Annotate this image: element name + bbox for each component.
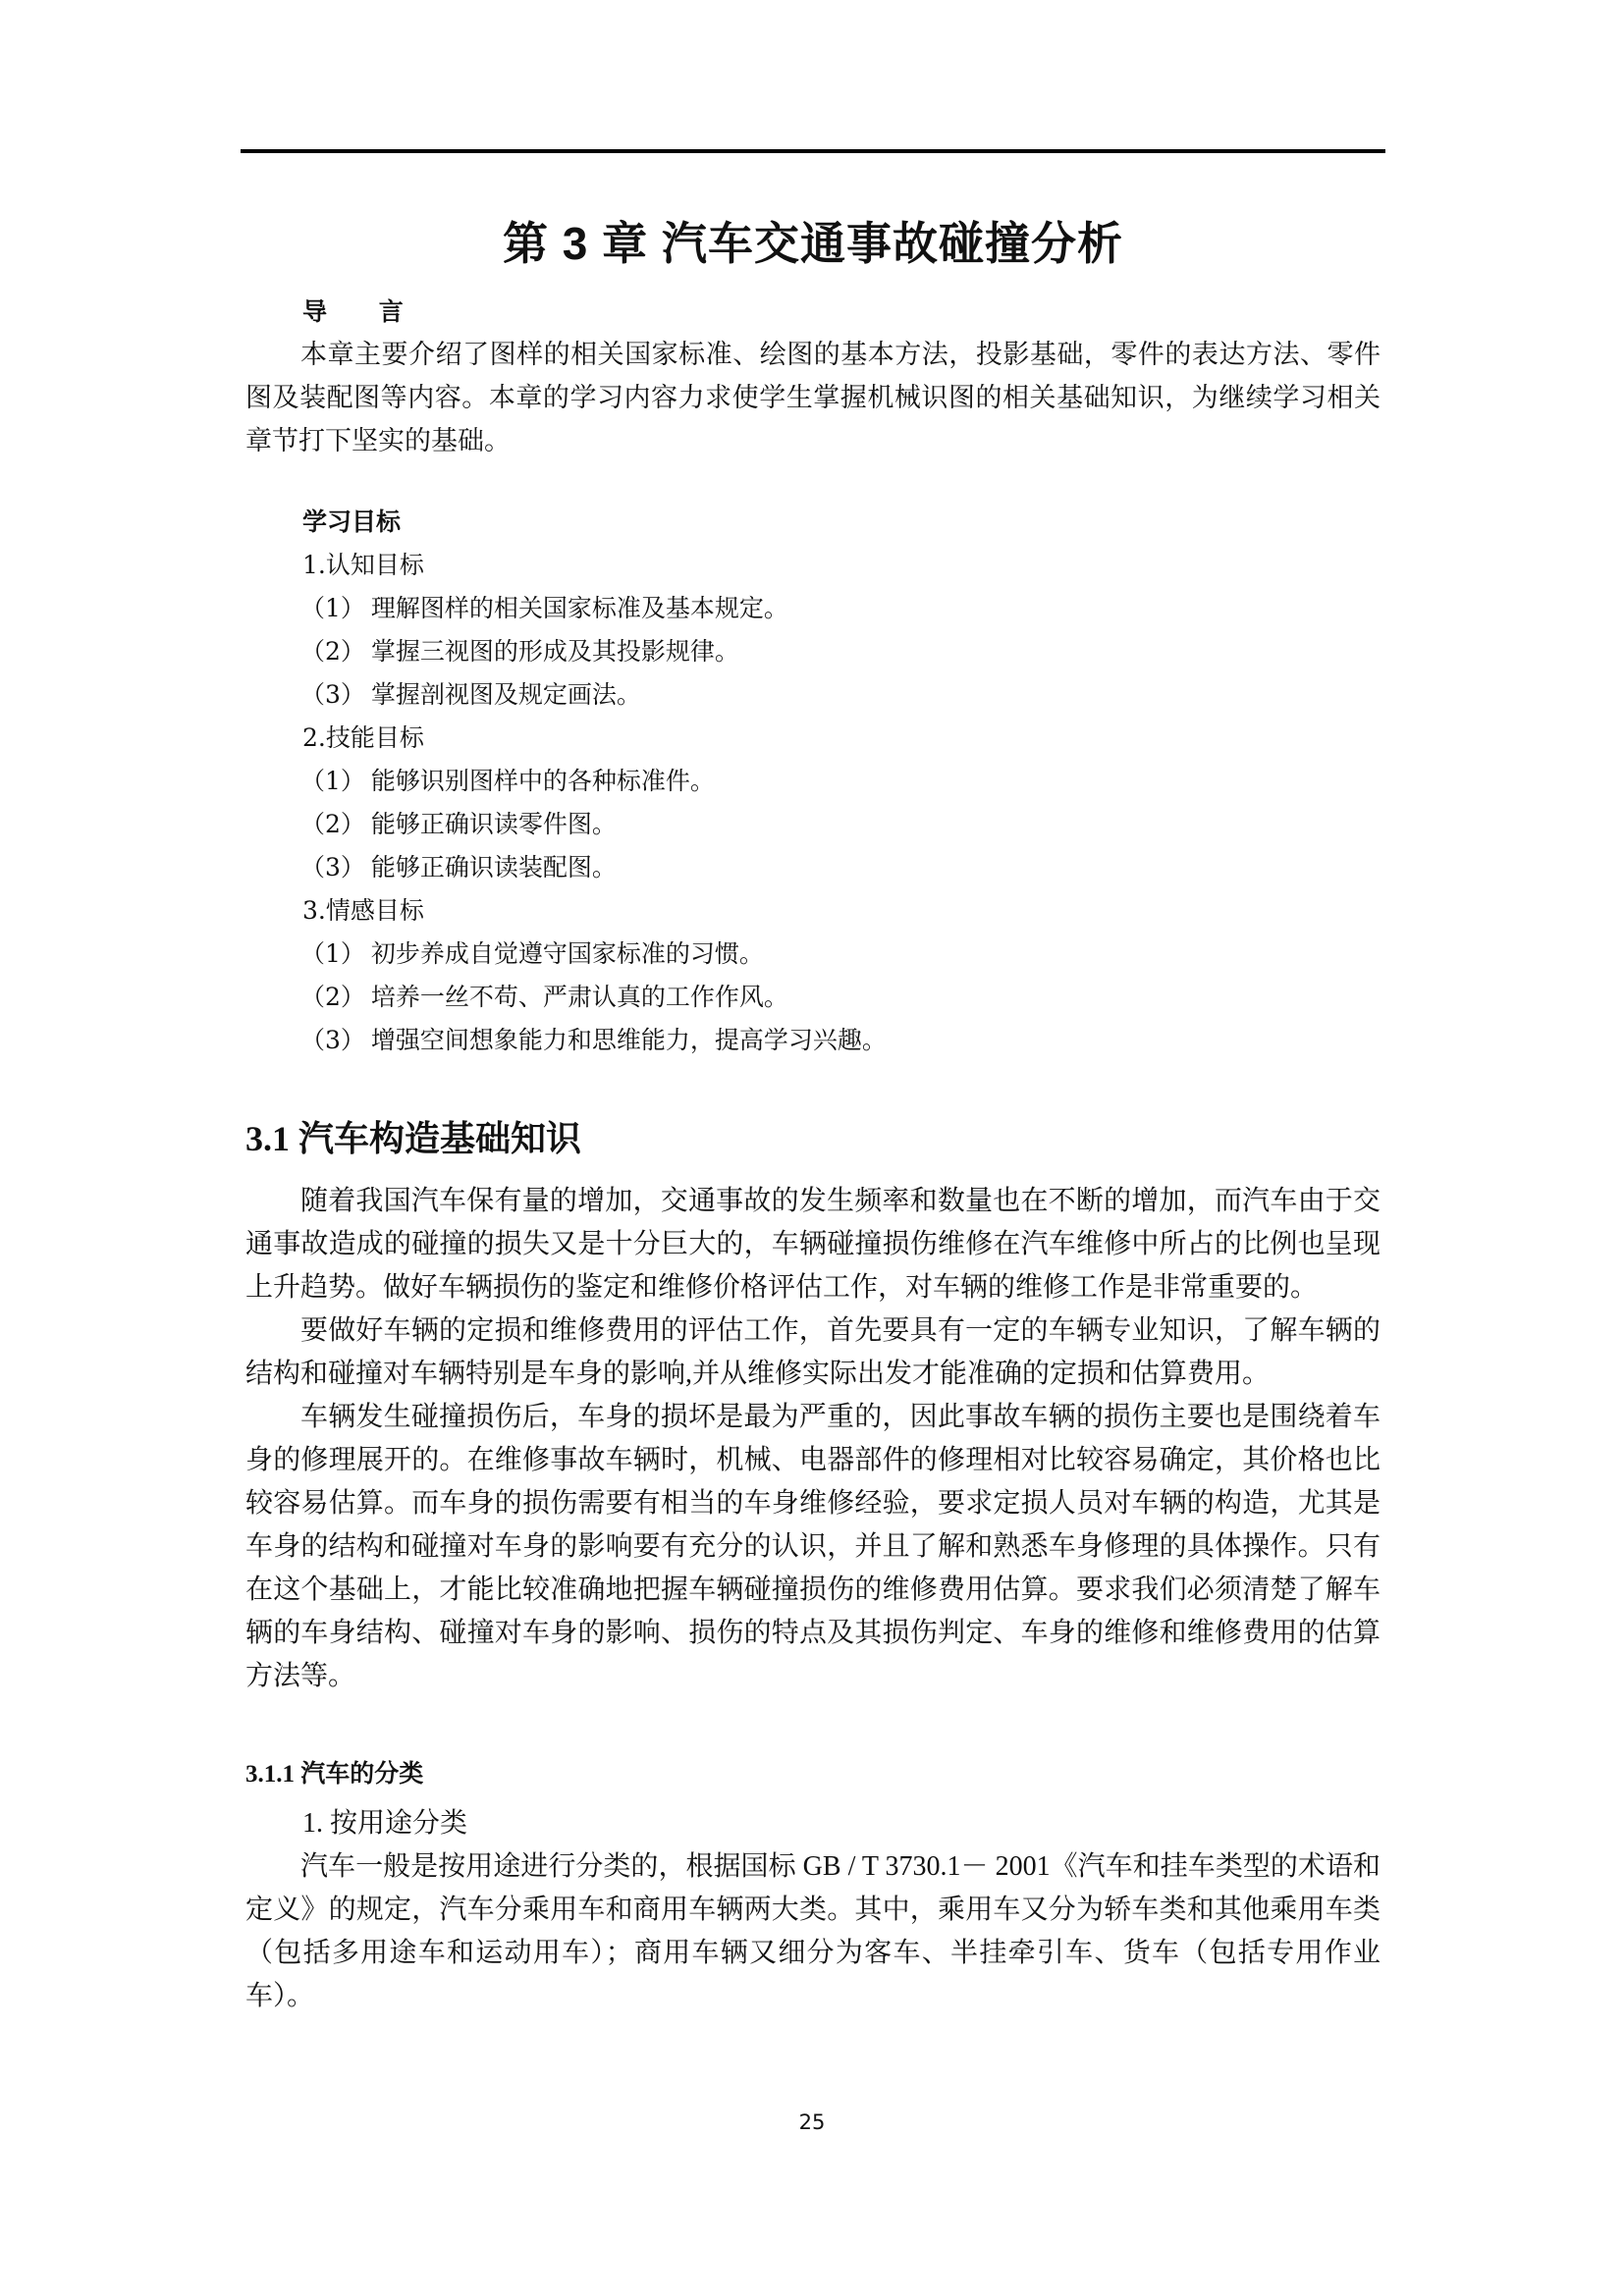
document-page: 第 3 章 汽车交通事故碰撞分析 导 言 本章主要介绍了图样的相关国家标准、绘图…	[0, 0, 1624, 2296]
item-text: 培养一丝不苟、严肃认真的工作作风。	[371, 983, 788, 1011]
item-number: （3）	[300, 680, 365, 709]
item-text: 理解图样的相关国家标准及基本规定。	[371, 594, 788, 622]
objective-item: （1）理解图样的相关国家标准及基本规定。	[316, 587, 1380, 630]
objective-group-title: 2.技能目标	[302, 717, 1380, 760]
body-paragraph: 随着我国汽车保有量的增加，交通事故的发生频率和数量也在不断的增加，而汽车由于交通…	[245, 1180, 1380, 1309]
item-number: （1）	[300, 767, 365, 795]
intro-label: 导 言	[302, 291, 1380, 334]
item-number: （3）	[300, 1026, 365, 1054]
subsection-title: 3.1.1 汽车的分类	[245, 1753, 1380, 1796]
subsection-item-title: 1. 按用途分类	[302, 1802, 1380, 1845]
item-number: （1）	[300, 594, 365, 622]
objective-group-cognitive: 1.认知目标 （1）理解图样的相关国家标准及基本规定。 （2）掌握三视图的形成及…	[245, 544, 1380, 717]
objective-item: （3）掌握剖视图及规定画法。	[316, 673, 1380, 717]
objective-item: （2）能够正确识读零件图。	[316, 803, 1380, 846]
objective-item: （2）掌握三视图的形成及其投影规律。	[316, 630, 1380, 673]
item-text: 能够正确识读零件图。	[371, 810, 617, 838]
objective-group-title: 3.情感目标	[302, 889, 1380, 933]
page-content: 第 3 章 汽车交通事故碰撞分析 导 言 本章主要介绍了图样的相关国家标准、绘图…	[245, 196, 1380, 2018]
item-number: （2）	[300, 983, 365, 1011]
item-number: （2）	[300, 637, 365, 666]
objective-item: （1）初步养成自觉遵守国家标准的习惯。	[316, 933, 1380, 976]
body-paragraph: 车辆发生碰撞损伤后，车身的损坏是最为严重的，因此事故车辆的损伤主要也是围绕着车身…	[245, 1396, 1380, 1698]
objective-item: （3）能够正确识读装配图。	[316, 846, 1380, 889]
item-number: （3）	[300, 853, 365, 881]
item-text: 能够识别图样中的各种标准件。	[371, 767, 715, 795]
objectives-heading: 学习目标	[302, 501, 1380, 544]
header-rule	[241, 149, 1385, 153]
item-text: 增强空间想象能力和思维能力，提高学习兴趣。	[371, 1026, 887, 1054]
item-text: 掌握剖视图及规定画法。	[371, 680, 641, 709]
objective-group-affective: 3.情感目标 （1）初步养成自觉遵守国家标准的习惯。 （2）培养一丝不苟、严肃认…	[245, 889, 1380, 1062]
item-number: （1）	[300, 939, 365, 968]
item-text: 能够正确识读装配图。	[371, 853, 617, 881]
item-text: 掌握三视图的形成及其投影规律。	[371, 637, 739, 666]
body-paragraph: 汽车一般是按用途进行分类的，根据国标 GB / T 3730.1－ 2001《汽…	[245, 1845, 1380, 2018]
objective-item: （2）培养一丝不苟、严肃认真的工作作风。	[316, 976, 1380, 1019]
item-number: （2）	[300, 810, 365, 838]
objective-group-title: 1.认知目标	[302, 544, 1380, 587]
page-number: 25	[0, 2110, 1624, 2134]
item-text: 初步养成自觉遵守国家标准的习惯。	[371, 939, 764, 968]
objective-item: （1）能够识别图样中的各种标准件。	[316, 760, 1380, 803]
objective-group-skill: 2.技能目标 （1）能够识别图样中的各种标准件。 （2）能够正确识读零件图。 （…	[245, 717, 1380, 889]
body-paragraph: 要做好车辆的定损和维修费用的评估工作，首先要具有一定的车辆专业知识，了解车辆的结…	[245, 1309, 1380, 1396]
chapter-title: 第 3 章 汽车交通事故碰撞分析	[245, 214, 1380, 273]
objective-item: （3）增强空间想象能力和思维能力，提高学习兴趣。	[316, 1019, 1380, 1062]
section-title: 3.1 汽车构造基础知识	[245, 1111, 1380, 1166]
intro-paragraph: 本章主要介绍了图样的相关国家标准、绘图的基本方法，投影基础，零件的表达方法、零件…	[245, 334, 1380, 463]
